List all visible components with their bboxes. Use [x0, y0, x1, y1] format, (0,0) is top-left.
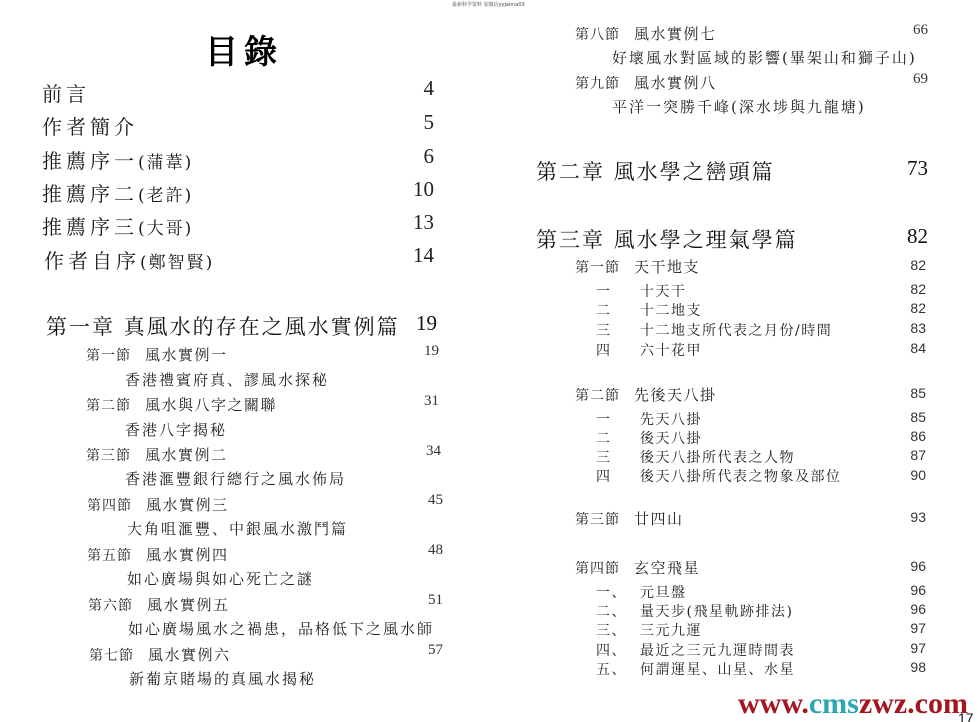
toc-page-number: 96 — [876, 558, 926, 574]
toc-section[interactable]: 第七節風水實例六 — [89, 644, 231, 665]
section-label: 第三節 — [86, 445, 131, 465]
toc-page-number: 87 — [876, 447, 926, 463]
section-title: 風水實例三 — [146, 496, 229, 514]
section-title: 風水實例八 — [634, 74, 717, 92]
toc-chapter-1[interactable]: 第一章 真風水的存在之風水實例篇 — [46, 311, 400, 341]
watermark-part: zwz.com — [859, 687, 968, 720]
item-ordinal: 四、 — [596, 640, 640, 660]
item-title: 後天八掛所代表之人物 — [640, 450, 795, 466]
toc-page-number: 90 — [876, 467, 926, 483]
toc-page-number: 85 — [876, 385, 926, 401]
page-number: 17 — [958, 710, 974, 722]
item-title: 三元九運 — [640, 623, 702, 639]
toc-item[interactable]: 四、最近之三元九運時間表 — [596, 640, 795, 660]
item-title: 元旦盤 — [640, 585, 687, 601]
section-label: 第二節 — [86, 395, 131, 415]
section-title: 風水實例七 — [634, 25, 717, 43]
toc-entry-label: 前言 — [42, 82, 90, 106]
toc-section[interactable]: 第三節廿四山 — [575, 508, 684, 529]
section-label: 第二節 — [575, 385, 620, 405]
section-title: 天干地支 — [634, 258, 700, 276]
toc-item[interactable]: 一、元旦盤 — [596, 582, 687, 602]
item-ordinal: 三、 — [596, 620, 640, 640]
toc-page-number: 86 — [876, 428, 926, 444]
toc-page-number: 98 — [876, 659, 926, 675]
item-ordinal: 四 — [596, 340, 640, 360]
toc-section[interactable]: 第二節先後天八掛 — [575, 384, 717, 405]
toc-entry-label: 推薦序一 — [42, 149, 138, 173]
item-ordinal: 五、 — [596, 659, 640, 679]
toc-entry-label: 作者自序 — [44, 249, 140, 273]
section-label: 第九節 — [575, 73, 620, 93]
page-title: 目錄 — [205, 26, 283, 73]
section-title: 玄空飛星 — [634, 559, 700, 577]
toc-item[interactable]: 三、三元九運 — [596, 620, 702, 640]
section-title: 風水與八字之關聯 — [145, 396, 277, 414]
toc-page-number: 96 — [876, 601, 926, 617]
toc-page-number: 6 — [374, 144, 434, 169]
toc-page-number: 82 — [876, 300, 926, 316]
toc-page-number: 97 — [876, 640, 926, 656]
toc-section-subtitle: 如心廣場與如心死亡之謎 — [127, 568, 314, 589]
page-header-note: 最新科学资料 加微信yyjanna03 — [452, 1, 525, 8]
toc-page-number: 69 — [878, 71, 928, 88]
toc-section-subtitle: 好壞風水對區域的影響(畢架山和獅子山) — [612, 47, 917, 68]
item-title: 先天八掛 — [640, 412, 702, 428]
section-label: 第一節 — [575, 257, 620, 277]
item-title: 六十花甲 — [640, 343, 702, 359]
item-ordinal: 二、 — [596, 601, 640, 621]
toc-item[interactable]: 二、量天步(飛星軌跡排法) — [596, 601, 793, 621]
toc-page-number: 82 — [876, 257, 926, 273]
item-title: 何謂運星、山星、水星 — [640, 662, 795, 678]
toc-page-number: 51 — [393, 592, 443, 609]
toc-item[interactable]: 一先天八掛 — [596, 409, 702, 429]
section-label: 第四節 — [87, 495, 132, 515]
toc-entry-preface[interactable]: 前言 — [42, 78, 90, 107]
toc-page-number: 19 — [377, 311, 437, 336]
section-title: 廿四山 — [634, 510, 684, 528]
toc-section-subtitle: 平洋一突勝千峰(深水埗與九龍塘) — [612, 96, 866, 117]
toc-chapter-3[interactable]: 第三章 風水學之理氣學篇 — [536, 224, 798, 254]
toc-page-number: 14 — [374, 243, 434, 268]
toc-section[interactable]: 第一節天干地支 — [575, 256, 700, 277]
item-title: 十二地支 — [640, 303, 702, 319]
item-ordinal: 二 — [596, 428, 640, 448]
toc-page-number: 83 — [876, 320, 926, 336]
toc-section[interactable]: 第四節玄空飛星 — [575, 557, 700, 578]
toc-entry-note: (蒲葦) — [138, 153, 193, 173]
toc-page-number: 10 — [374, 177, 434, 202]
toc-page-number: 4 — [374, 76, 434, 101]
toc-chapter-2[interactable]: 第二章 風水學之巒頭篇 — [536, 156, 775, 186]
watermark-link[interactable]: www.cmszwz.com — [738, 687, 968, 721]
section-title: 先後天八掛 — [634, 386, 717, 404]
toc-item[interactable]: 二十二地支 — [596, 300, 702, 320]
item-title: 十二地支所代表之月份/時間 — [640, 323, 832, 339]
toc-item[interactable]: 四六十花甲 — [596, 340, 702, 360]
item-ordinal: 三 — [596, 320, 640, 340]
toc-section[interactable]: 第一節風水實例一 — [86, 344, 228, 365]
toc-page-number: 85 — [876, 409, 926, 425]
toc-section[interactable]: 第三節風水實例二 — [86, 444, 228, 465]
toc-page-number: 66 — [878, 22, 928, 39]
toc-entry-note: (大哥) — [138, 219, 193, 239]
toc-section-subtitle: 香港八字揭秘 — [125, 419, 227, 440]
watermark-part: cms — [809, 687, 859, 720]
toc-section[interactable]: 第二節風水與八字之關聯 — [86, 394, 277, 415]
item-title: 十天干 — [640, 284, 687, 300]
section-title: 風水實例一 — [145, 346, 228, 364]
section-label: 第七節 — [89, 645, 134, 665]
toc-page-number: 82 — [868, 224, 928, 249]
toc-section-subtitle: 如心廣場風水之禍患，品格低下之風水師 — [128, 618, 434, 639]
item-title: 後天八掛所代表之物象及部位 — [640, 469, 842, 485]
section-label: 第一節 — [86, 345, 131, 365]
toc-entry-note: (鄭智賢) — [140, 253, 214, 273]
toc-page-number: 5 — [374, 110, 434, 135]
section-title: 風水實例六 — [148, 646, 231, 664]
toc-entry-author-preface[interactable]: 作者自序(鄭智賢) — [44, 245, 214, 274]
toc-entry-note: (老許) — [138, 186, 193, 206]
toc-page-number: 45 — [393, 492, 443, 509]
toc-section[interactable]: 第六節風水實例五 — [88, 594, 230, 615]
toc-entry-foreword-1[interactable]: 推薦序一(蒲葦) — [42, 145, 193, 174]
watermark-part: www. — [738, 687, 809, 720]
section-label: 第三節 — [575, 509, 620, 529]
toc-section-subtitle: 大角咀滙豐、中銀風水激鬥篇 — [127, 518, 348, 539]
toc-page-number: 96 — [876, 582, 926, 598]
toc-entry-foreword-3[interactable]: 推薦序三(大哥) — [42, 211, 193, 240]
toc-page-number: 84 — [876, 340, 926, 356]
item-ordinal: 一 — [596, 281, 640, 301]
item-ordinal: 二 — [596, 300, 640, 320]
toc-section-subtitle: 香港滙豐銀行總行之風水佈局 — [125, 468, 346, 489]
toc-page-number: 13 — [374, 210, 434, 235]
item-title: 量天步(飛星軌跡排法) — [640, 604, 793, 620]
toc-section[interactable]: 第八節風水實例七 — [575, 23, 717, 44]
section-title: 風水實例二 — [145, 446, 228, 464]
section-label: 第五節 — [87, 545, 132, 565]
toc-page-number: 93 — [876, 509, 926, 525]
toc-item[interactable]: 二後天八掛 — [596, 428, 702, 448]
toc-entry-label: 推薦序二 — [42, 182, 138, 206]
section-title: 風水實例五 — [147, 596, 230, 614]
item-ordinal: 三 — [596, 447, 640, 467]
toc-page-number: 73 — [868, 156, 928, 181]
toc-page-number: 31 — [389, 393, 439, 410]
toc-section[interactable]: 第四節風水實例三 — [87, 494, 229, 515]
item-ordinal: 四 — [596, 466, 640, 486]
toc-section-subtitle: 香港禮賓府真、謬風水探秘 — [125, 369, 329, 390]
toc-item[interactable]: 一十天干 — [596, 281, 687, 301]
toc-entry-foreword-2[interactable]: 推薦序二(老許) — [42, 178, 193, 207]
toc-item[interactable]: 三十二地支所代表之月份/時間 — [596, 320, 832, 340]
toc-page-number: 19 — [389, 343, 439, 360]
toc-page-number: 97 — [876, 620, 926, 636]
toc-item[interactable]: 四後天八掛所代表之物象及部位 — [596, 466, 842, 486]
toc-entry-label: 推薦序三 — [42, 215, 138, 239]
toc-section[interactable]: 第五節風水實例四 — [87, 544, 229, 565]
toc-entry-label: 作者簡介 — [42, 115, 138, 139]
toc-section-subtitle: 新葡京賭場的真風水揭秘 — [129, 668, 316, 689]
toc-page-number: 82 — [876, 281, 926, 297]
section-title: 風水實例四 — [146, 546, 229, 564]
toc-entry-author-intro[interactable]: 作者簡介 — [42, 111, 138, 140]
section-label: 第四節 — [575, 558, 620, 578]
toc-page-number: 57 — [393, 642, 443, 659]
toc-item[interactable]: 三後天八掛所代表之人物 — [596, 447, 795, 467]
item-title: 最近之三元九運時間表 — [640, 643, 795, 659]
item-ordinal: 一 — [596, 409, 640, 429]
toc-section[interactable]: 第九節風水實例八 — [575, 72, 717, 93]
item-ordinal: 一、 — [596, 582, 640, 602]
toc-page-number: 34 — [391, 443, 441, 460]
section-label: 第八節 — [575, 24, 620, 44]
toc-page-number: 48 — [393, 542, 443, 559]
item-title: 後天八掛 — [640, 431, 702, 447]
toc-item[interactable]: 五、何謂運星、山星、水星 — [596, 659, 795, 679]
section-label: 第六節 — [88, 595, 133, 615]
